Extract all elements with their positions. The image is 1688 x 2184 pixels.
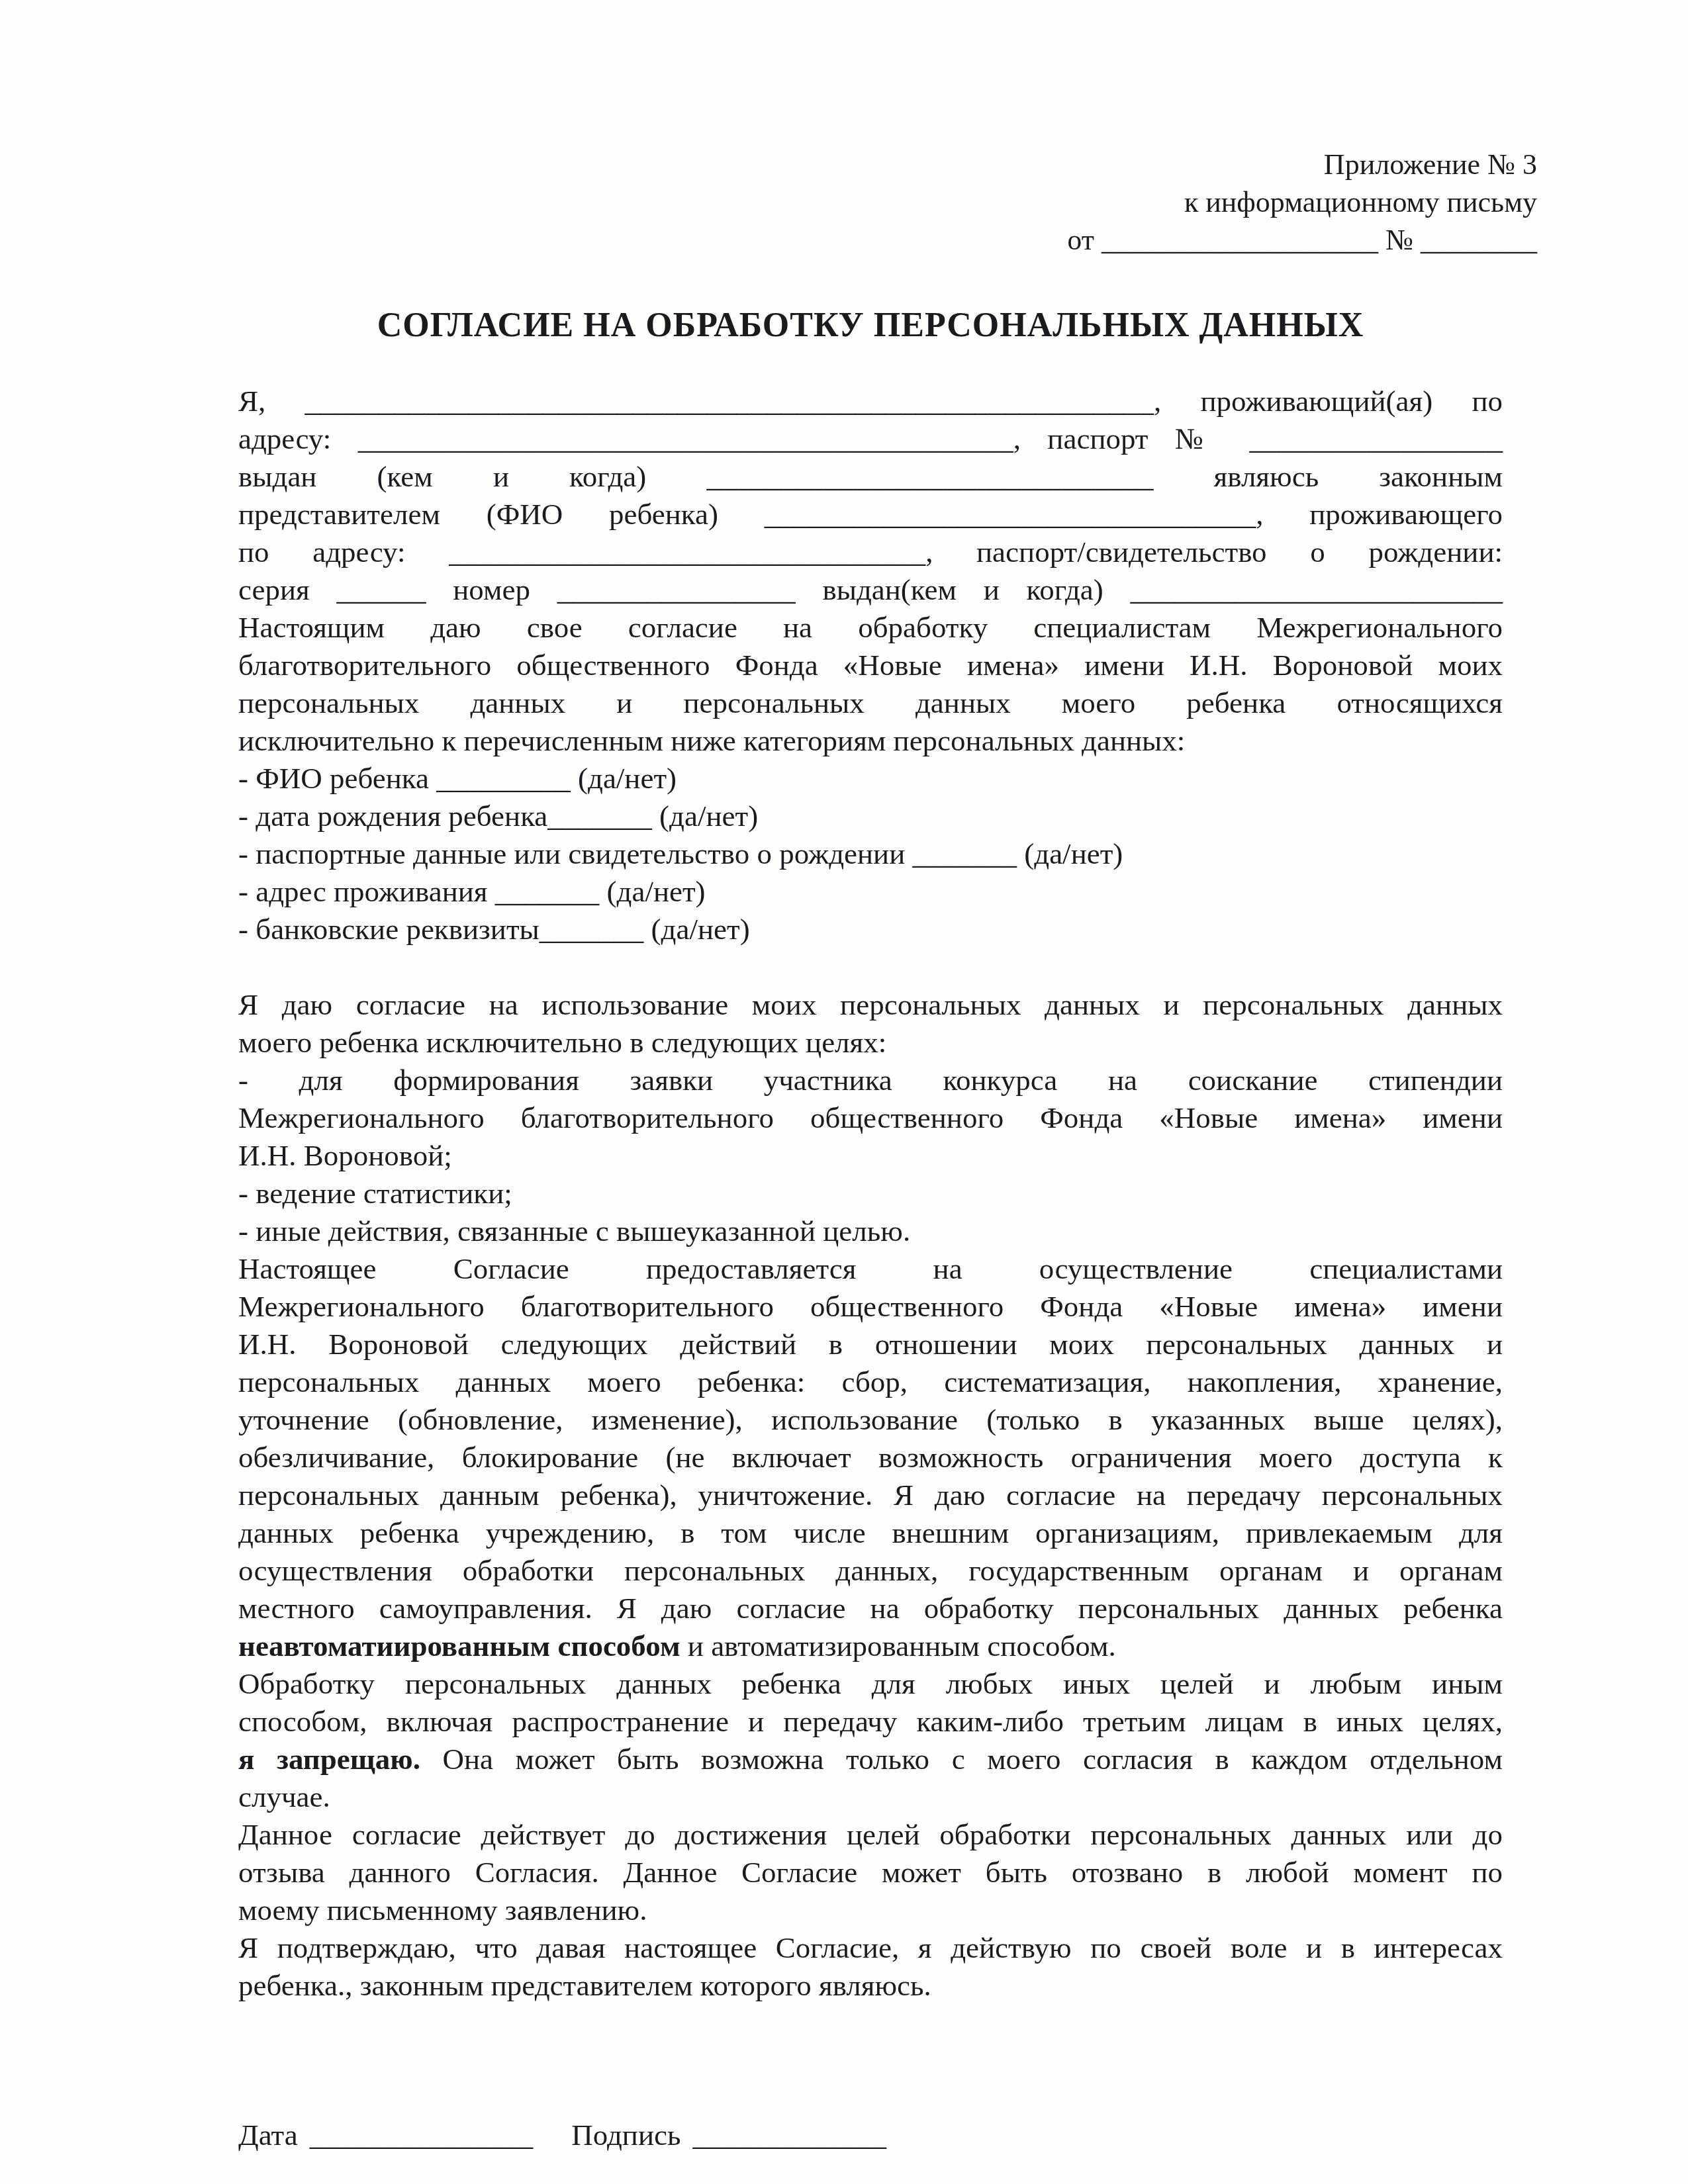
body-line: данных ребенка учреждению, в том числе в… bbox=[238, 1514, 1503, 1552]
document-page: Приложение № 3 к информационному письму … bbox=[0, 0, 1688, 2184]
body-line: осуществления обработки персональных дан… bbox=[238, 1552, 1503, 1590]
body-line: Обработку персональных данных ребенка дл… bbox=[238, 1665, 1503, 1703]
bold-emphasis: неавтоматиированным способом bbox=[238, 1629, 680, 1662]
document-title: СОГЛАСИЕ НА ОБРАБОТКУ ПЕРСОНАЛЬНЫХ ДАННЫ… bbox=[238, 306, 1503, 345]
appendix-header: Приложение № 3 к информационному письму … bbox=[1067, 146, 1537, 259]
body-line: моего ребенка исключительно в следующих … bbox=[238, 1024, 1503, 1062]
body-line: благотворительного общественного Фонда «… bbox=[238, 647, 1503, 684]
consent-category-item: - паспортные данные или свидетельство о … bbox=[238, 835, 1503, 873]
bold-emphasis: я запрещаю. bbox=[238, 1743, 420, 1776]
body-line: Данное согласие действует до достижения … bbox=[238, 1816, 1503, 1854]
body-line: способом, включая распространение и пере… bbox=[238, 1703, 1503, 1741]
consent-category-item: - ФИО ребенка _________ (да/нет) bbox=[238, 760, 1503, 797]
body-line: Я подтверждаю, что давая настоящее Согла… bbox=[238, 1929, 1503, 1967]
body-line: Настоящее Согласие предоставляется на ос… bbox=[238, 1250, 1503, 1288]
body-line-text: и автоматизированным способом. bbox=[680, 1629, 1116, 1662]
signature-blank: _____________ bbox=[692, 2118, 886, 2152]
purpose-item: - для формирования заявки участника конк… bbox=[238, 1062, 1503, 1099]
appendix-number-line: Приложение № 3 bbox=[1067, 146, 1537, 183]
body-line: отзыва данного Согласия. Данное Согласие… bbox=[238, 1854, 1503, 1891]
appendix-reference-line: к информационному письму bbox=[1067, 183, 1537, 221]
body-line: Межрегионального благотворительного обще… bbox=[238, 1099, 1503, 1137]
consent-category-item: - банковские реквизиты_______ (да/нет) bbox=[238, 911, 1503, 948]
body-line: случае. bbox=[238, 1778, 1503, 1816]
body-line: персональных данных и персональных данны… bbox=[238, 684, 1503, 722]
body-line: исключительно к перечисленным ниже катег… bbox=[238, 722, 1503, 760]
body-line: Я, _____________________________________… bbox=[238, 383, 1503, 420]
body-line: И.Н. Вороновой следующих действий в отно… bbox=[238, 1326, 1503, 1363]
body-line: обезличивание, блокирование (не включает… bbox=[238, 1439, 1503, 1477]
purpose-item: - ведение статистики; bbox=[238, 1175, 1503, 1212]
consent-category-item: - дата рождения ребенка_______ (да/нет) bbox=[238, 797, 1503, 835]
body-line: серия ______ номер ________________ выда… bbox=[238, 571, 1503, 609]
date-label: Дата bbox=[238, 2118, 298, 2152]
appendix-date-number-line: от ___________________ № ________ bbox=[1067, 221, 1537, 259]
body-line: адресу: ________________________________… bbox=[238, 420, 1503, 458]
body-line: ребенка., законным представителем которо… bbox=[238, 1967, 1503, 2005]
consent-category-item: - адрес проживания _______ (да/нет) bbox=[238, 873, 1503, 911]
body-line-text: Она может быть возможна только с моего с… bbox=[420, 1743, 1503, 1776]
body-line: я запрещаю. Она может быть возможна толь… bbox=[238, 1741, 1503, 1778]
body-line: выдан (кем и когда) ____________________… bbox=[238, 458, 1503, 496]
body-line: персональных данных моего ребенка: сбор,… bbox=[238, 1363, 1503, 1401]
body-line: моему письменному заявлению. bbox=[238, 1891, 1503, 1929]
body-line: представителем (ФИО ребенка) ___________… bbox=[238, 496, 1503, 533]
body-line: персональных данным ребенка), уничтожени… bbox=[238, 1477, 1503, 1514]
signature-row: Дата_______________Подпись_____________ bbox=[238, 2116, 886, 2154]
body-line: И.Н. Вороновой; bbox=[238, 1137, 1503, 1175]
body-line: местного самоуправления. Я даю согласие … bbox=[238, 1590, 1503, 1627]
signature-label: Подпись bbox=[571, 2118, 680, 2152]
body-line: Настоящим даю свое согласие на обработку… bbox=[238, 609, 1503, 647]
body-line: уточнение (обновление, изменение), испол… bbox=[238, 1401, 1503, 1439]
date-blank: _______________ bbox=[310, 2118, 534, 2152]
body-line: Я даю согласие на использование моих пер… bbox=[238, 986, 1503, 1024]
purpose-item: - иные действия, связанные с вышеуказанн… bbox=[238, 1212, 1503, 1250]
document-body: Я, _____________________________________… bbox=[238, 383, 1503, 2005]
body-line: Межрегионального благотворительного обще… bbox=[238, 1288, 1503, 1326]
body-line: неавтоматиированным способом и автоматиз… bbox=[238, 1627, 1503, 1665]
body-line: по адресу: _____________________________… bbox=[238, 533, 1503, 571]
